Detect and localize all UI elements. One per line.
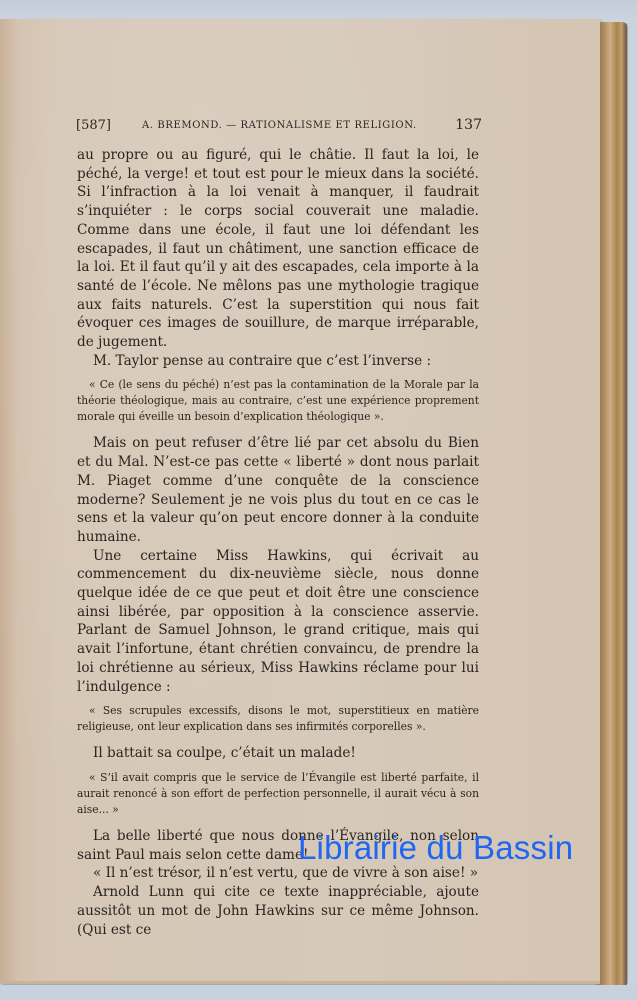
block-quote: « Ses scrupules excessifs, disons le mot… [77,703,479,735]
running-title: A. BREMOND. — RATIONALISME ET RELIGION. [142,120,417,131]
paragraph: Une certaine Miss Hawkins, qui écrivait … [77,547,479,697]
book-page-edges [596,22,628,987]
watermark-text: Librairie du Bassin [298,829,573,867]
photo-background-bottom [0,985,637,1000]
page-number: 137 [455,117,482,133]
paragraph: Mais on peut refuser d’être lié par cet … [77,434,479,546]
paragraph: Il battait sa coulpe, c’était un malade! [77,744,479,763]
paragraph: au propre ou au figuré, qui le châtie. I… [77,146,479,352]
page-body: au propre ou au figuré, qui le châtie. I… [77,146,479,939]
block-quote: « Ce (le sens du péché) n’est pas la con… [77,377,479,425]
paragraph: Arnold Lunn qui cite ce texte inapprécia… [77,883,479,939]
page-header: [587] A. BREMOND. — RATIONALISME ET RELI… [76,118,482,138]
paragraph: M. Taylor pense au contraire que c’est l… [77,352,479,371]
folio-number: [587] [76,118,111,133]
paragraph: « Il n’est trésor, il n’est vertu, que d… [77,864,479,883]
block-quote: « S’il avait compris que le service de l… [77,770,479,818]
